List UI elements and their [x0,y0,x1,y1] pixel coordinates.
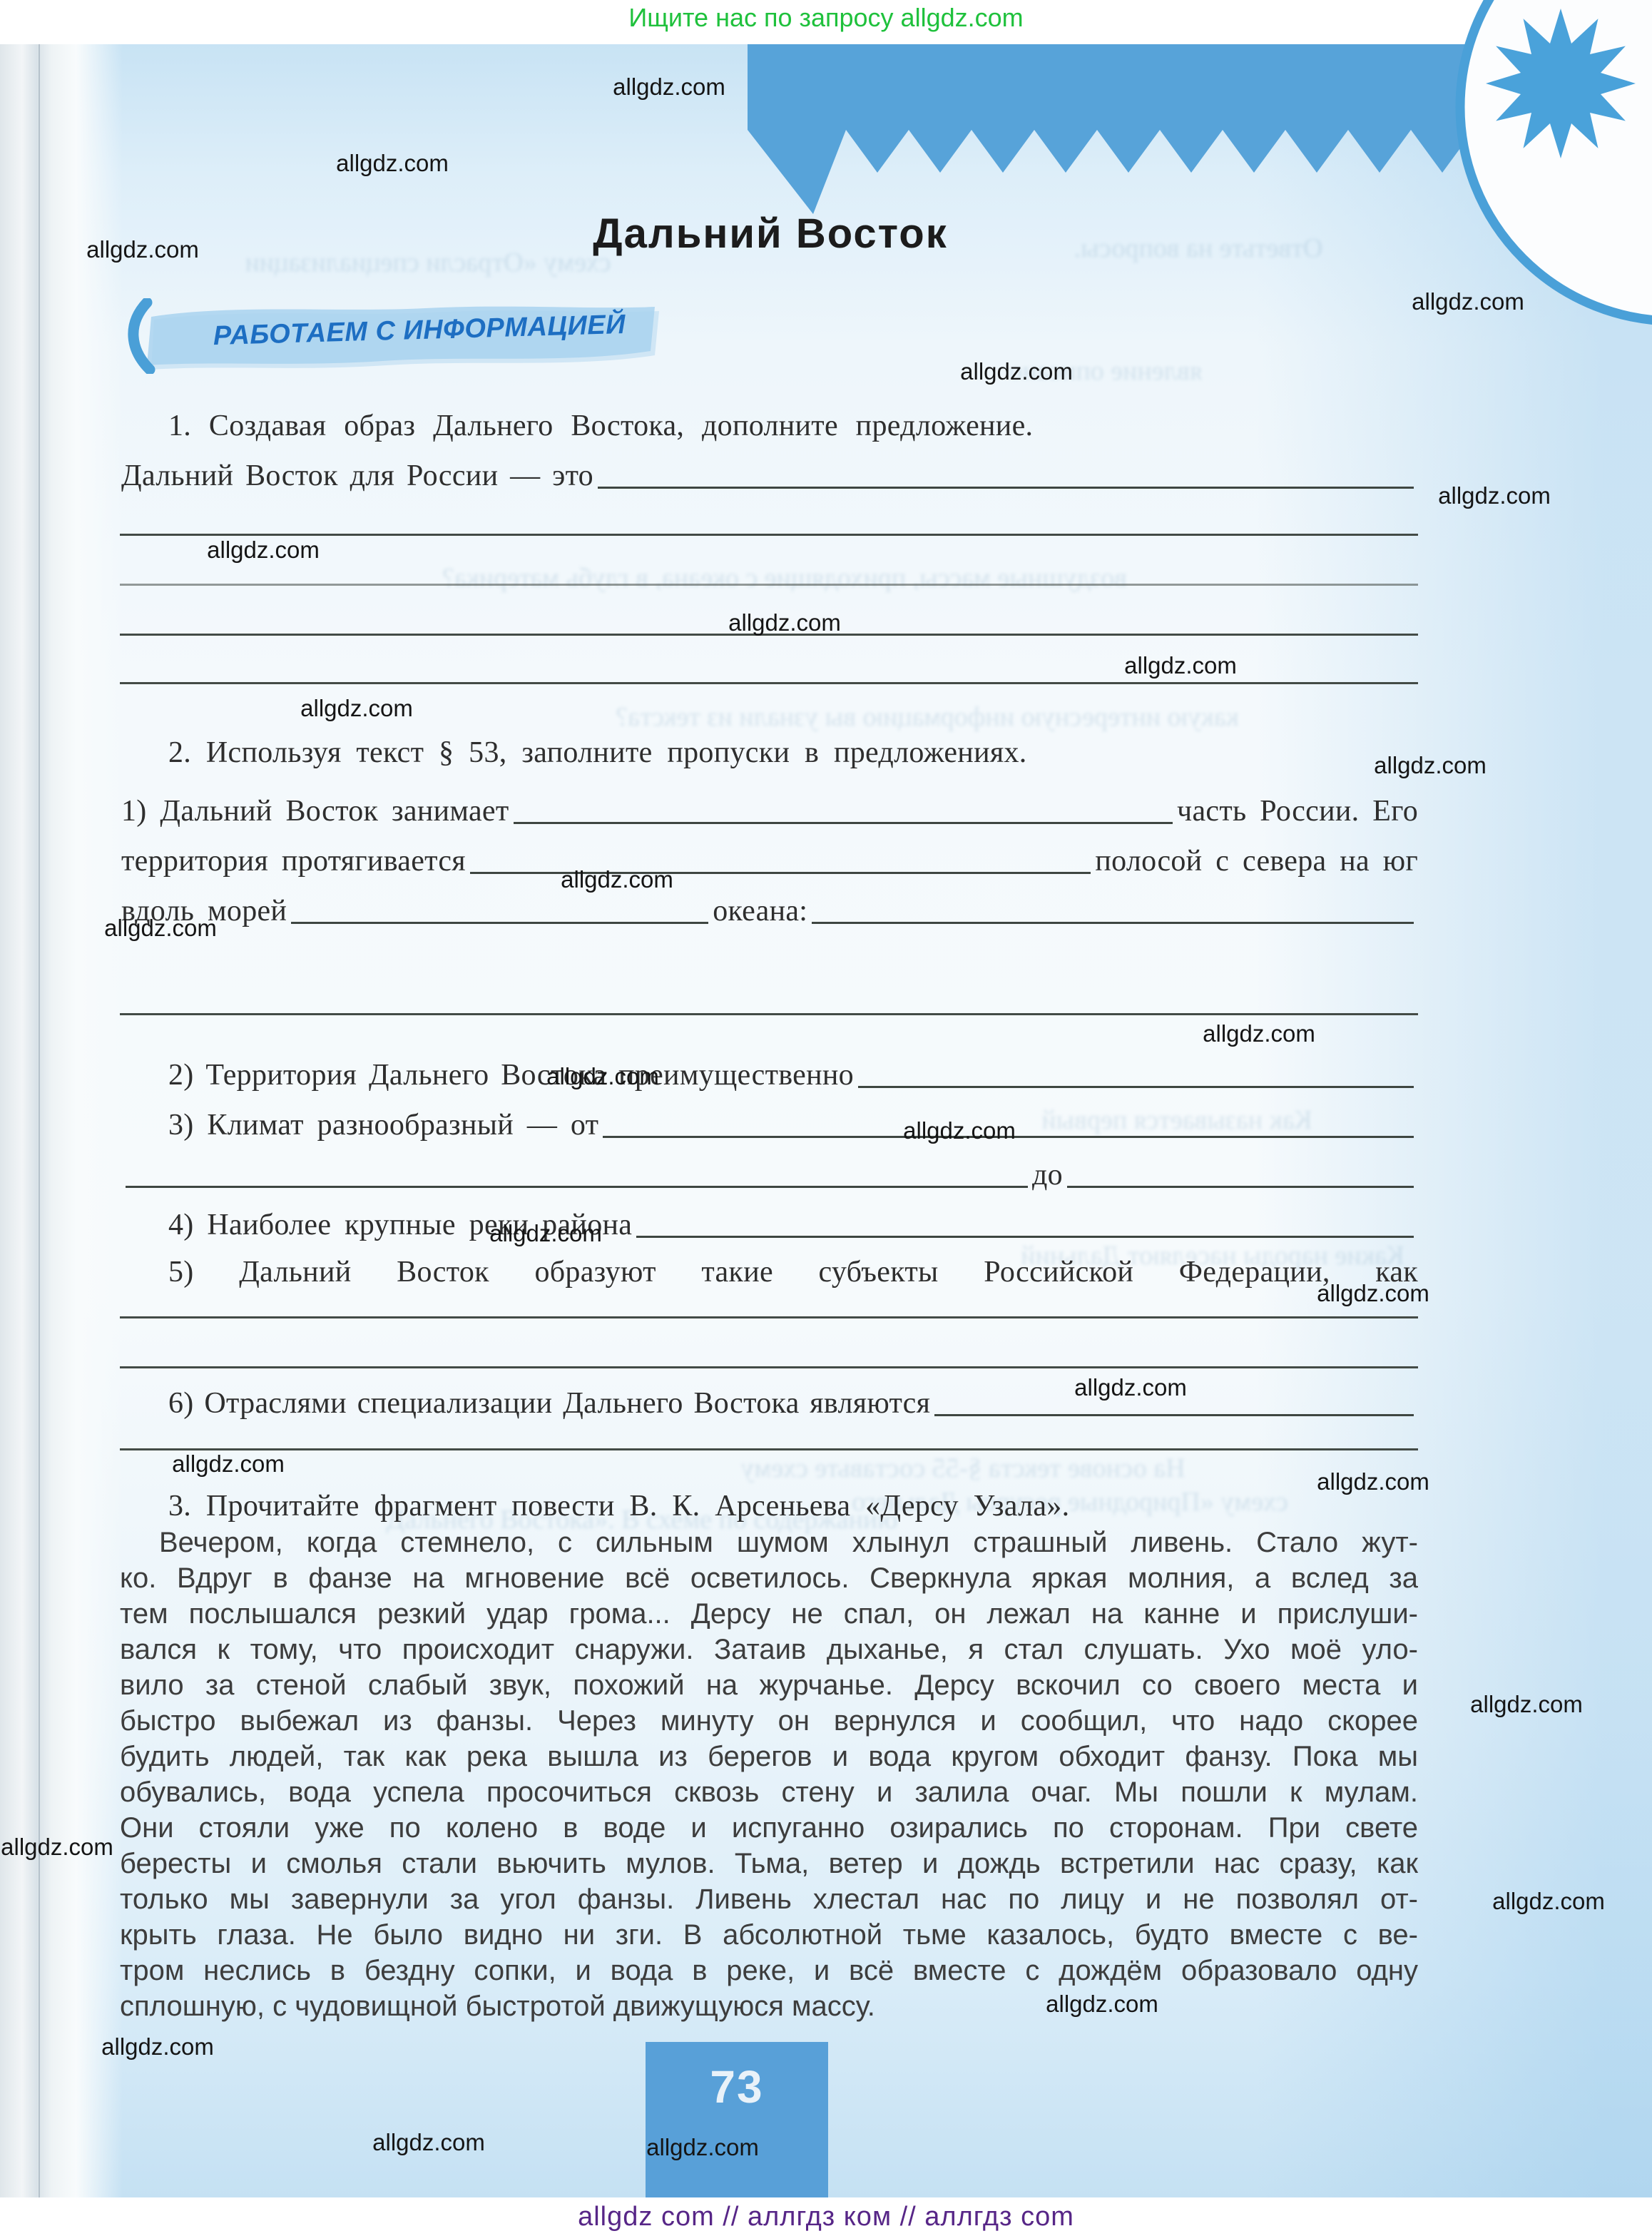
fill-in-blank-line [1067,1186,1414,1188]
workbook-page: Дальний Восток РАБОТАЕМ С ИНФОРМАЦИЕЙ Ве… [0,44,1652,2197]
task2-item6: 6) Отраслями специализации Дальнего Вост… [168,1384,1418,1421]
watermark-text: allgdz.com [104,915,217,942]
watermark-text: allgdz.com [561,866,673,893]
answer-rule-line [120,584,1418,586]
watermark-text: allgdz.com [1046,1991,1158,2018]
answer-rule-line [120,534,1418,536]
task2-item1-line1: 1) Дальний Восток занимаетчасть России. … [121,792,1418,829]
task-text: до [1032,1157,1063,1193]
excerpt-line: вило за стеной слабый звук, похожий на ж… [120,1670,1418,1705]
task-text: 1. Создавая образ Дальнего Востока, допо… [168,408,1033,444]
task-text: 2. Используя текст § 53, заполните пропу… [168,735,1027,771]
page-number: 73 [646,2060,828,2113]
watermark-text: allgdz.com [172,1450,285,1478]
excerpt-line: обувались, вода успела просочиться сквоз… [120,1777,1418,1812]
excerpt-line: тром неслись в бездну сопки, и вода в ре… [120,1955,1418,1991]
watermark-text: allgdz.com [1124,652,1237,679]
workbook-scan-screen: Ищите нас по запросу allgdz.com Дальний … [0,0,1652,2236]
answer-rule-line [120,1316,1418,1318]
task-text: Дальний Восток для России — это [121,458,593,494]
task-text: 3) Климат разнообразный — от [168,1107,598,1143]
ghost-showthrough-text: воздушные массы, приходящие с океана, в … [442,562,1127,594]
watermark-text: allgdz.com [646,2134,759,2161]
fill-in-blank-line [598,487,1414,489]
task-text: 6) Отраслями специализации Дальнего Вост… [168,1386,930,1421]
zigzag-banner-decoration [742,44,1536,223]
watermark-text: allgdz.com [1,1834,113,1861]
task2-item2: 2) Территория Дальнего Востока преимущес… [168,1056,1418,1093]
excerpt-line: крыть глаза. Не было видно ни зги. В абс… [120,1919,1418,1955]
watermark-text: allgdz.com [101,2033,214,2060]
answer-rule-line [120,1366,1418,1368]
task3-intro: 3. Прочитайте фрагмент повести В. К. Арс… [168,1487,1418,1524]
task-text: часть России. Его [1177,793,1418,829]
excerpt-line: сплошную, с чудовищной быстротой движущу… [120,1991,1418,2026]
excerpt-line: тем послышался резкий удар грома... Дерс… [120,1598,1418,1634]
bottom-promo-text: allgdz com // аллгдз ком // аллгдз com [0,2202,1652,2232]
fill-in-blank-line [291,922,708,924]
page-number-box: 73 [646,2042,828,2197]
excerpt-paragraph: Вечером, когда стемнело, с сильным шумом… [120,1527,1418,2026]
task2-item5: 5) Дальний Восток образуют такие субъект… [168,1254,1418,1291]
watermark-text: allgdz.com [86,236,199,263]
task2-intro: 2. Используя текст § 53, заполните пропу… [168,733,1418,771]
answer-rule-line [120,1013,1418,1015]
excerpt-line: бересты и смолья стали вьючить мулов. Ть… [120,1848,1418,1884]
task2-item1-line2: территория протягиваетсяполосой с севера… [121,842,1418,879]
task-text: 2) Территория Дальнего Востока преимущес… [168,1057,854,1093]
book-spine [0,44,123,2197]
excerpt-line: быстро выбежал из фанзы. Через минуту он… [120,1705,1418,1741]
watermark-text: allgdz.com [1470,1691,1583,1718]
task1-intro: 1. Создавая образ Дальнего Востока, допо… [168,407,1418,444]
ghost-showthrough-text: На основе текста §-55 составьте схему [740,1453,1185,1484]
task-text: территория протягивается [121,843,466,879]
excerpt-line: Вечером, когда стемнело, с сильным шумом… [120,1527,1418,1562]
watermark-text: allgdz.com [546,1063,659,1090]
watermark-text: allgdz.com [728,609,841,636]
watermark-text: allgdz.com [1317,1468,1429,1495]
watermark-text: allgdz.com [300,695,413,722]
watermark-text: allgdz.com [1203,1020,1315,1047]
task2-item3-line1: 3) Климат разнообразный — от [168,1106,1418,1143]
watermark-text: allgdz.com [1412,288,1524,315]
answer-rule-line [120,1448,1418,1450]
watermark-text: allgdz.com [336,150,449,177]
task-text: океана: [713,893,807,929]
watermark-text: allgdz.com [207,537,320,564]
task2-item3-line2: до [121,1156,1418,1193]
page-title: Дальний Восток [0,210,1541,258]
section-ribbon: РАБОТАЕМ С ИНФОРМАЦИЕЙ [126,298,675,374]
watermark-text: allgdz.com [372,2129,485,2156]
watermark-text: allgdz.com [960,358,1073,385]
excerpt-line: Они стояли уже по колено в воде и испуга… [120,1812,1418,1848]
answer-rule-line [120,682,1418,684]
top-promo-text: Ищите нас по запросу allgdz.com [0,3,1652,33]
fill-in-blank-line [934,1414,1414,1416]
fill-in-blank-line [126,1186,1028,1188]
task2-item4: 4) Наиболее крупные реки района [168,1206,1418,1243]
watermark-text: allgdz.com [903,1117,1016,1144]
task-text: 1) Дальний Восток занимает [121,793,509,829]
watermark-text: allgdz.com [1074,1374,1187,1401]
task1-fill-line: Дальний Восток для России — это [121,457,1418,494]
watermark-text: allgdz.com [489,1220,602,1247]
watermark-text: allgdz.com [1317,1280,1429,1307]
watermark-text: allgdz.com [1438,482,1551,509]
excerpt-line: ко. Вдруг в фанзе на мгновение всё освет… [120,1562,1418,1598]
fill-in-blank-line [812,922,1414,924]
excerpt-line: только мы завернули за угол фанзы. Ливен… [120,1884,1418,1919]
ghost-showthrough-text: какую интересную информацию вы узнали из… [616,701,1238,733]
task-text: 3. Прочитайте фрагмент повести В. К. Арс… [168,1488,1069,1524]
fill-in-blank-line [636,1236,1414,1238]
watermark-text: allgdz.com [613,73,725,101]
excerpt-line: вался к тому, что происходит снаружи. За… [120,1634,1418,1670]
fill-in-blank-line [858,1086,1414,1088]
task-text: полосой с севера на юг [1095,843,1418,879]
task2-item1-line3: вдоль морейокеана: [121,892,1418,929]
watermark-text: allgdz.com [1374,752,1487,779]
excerpt-line: будить людей, так как река вышла из бере… [120,1741,1418,1777]
fill-in-blank-line [514,822,1173,824]
watermark-text: allgdz.com [1492,1888,1605,1915]
